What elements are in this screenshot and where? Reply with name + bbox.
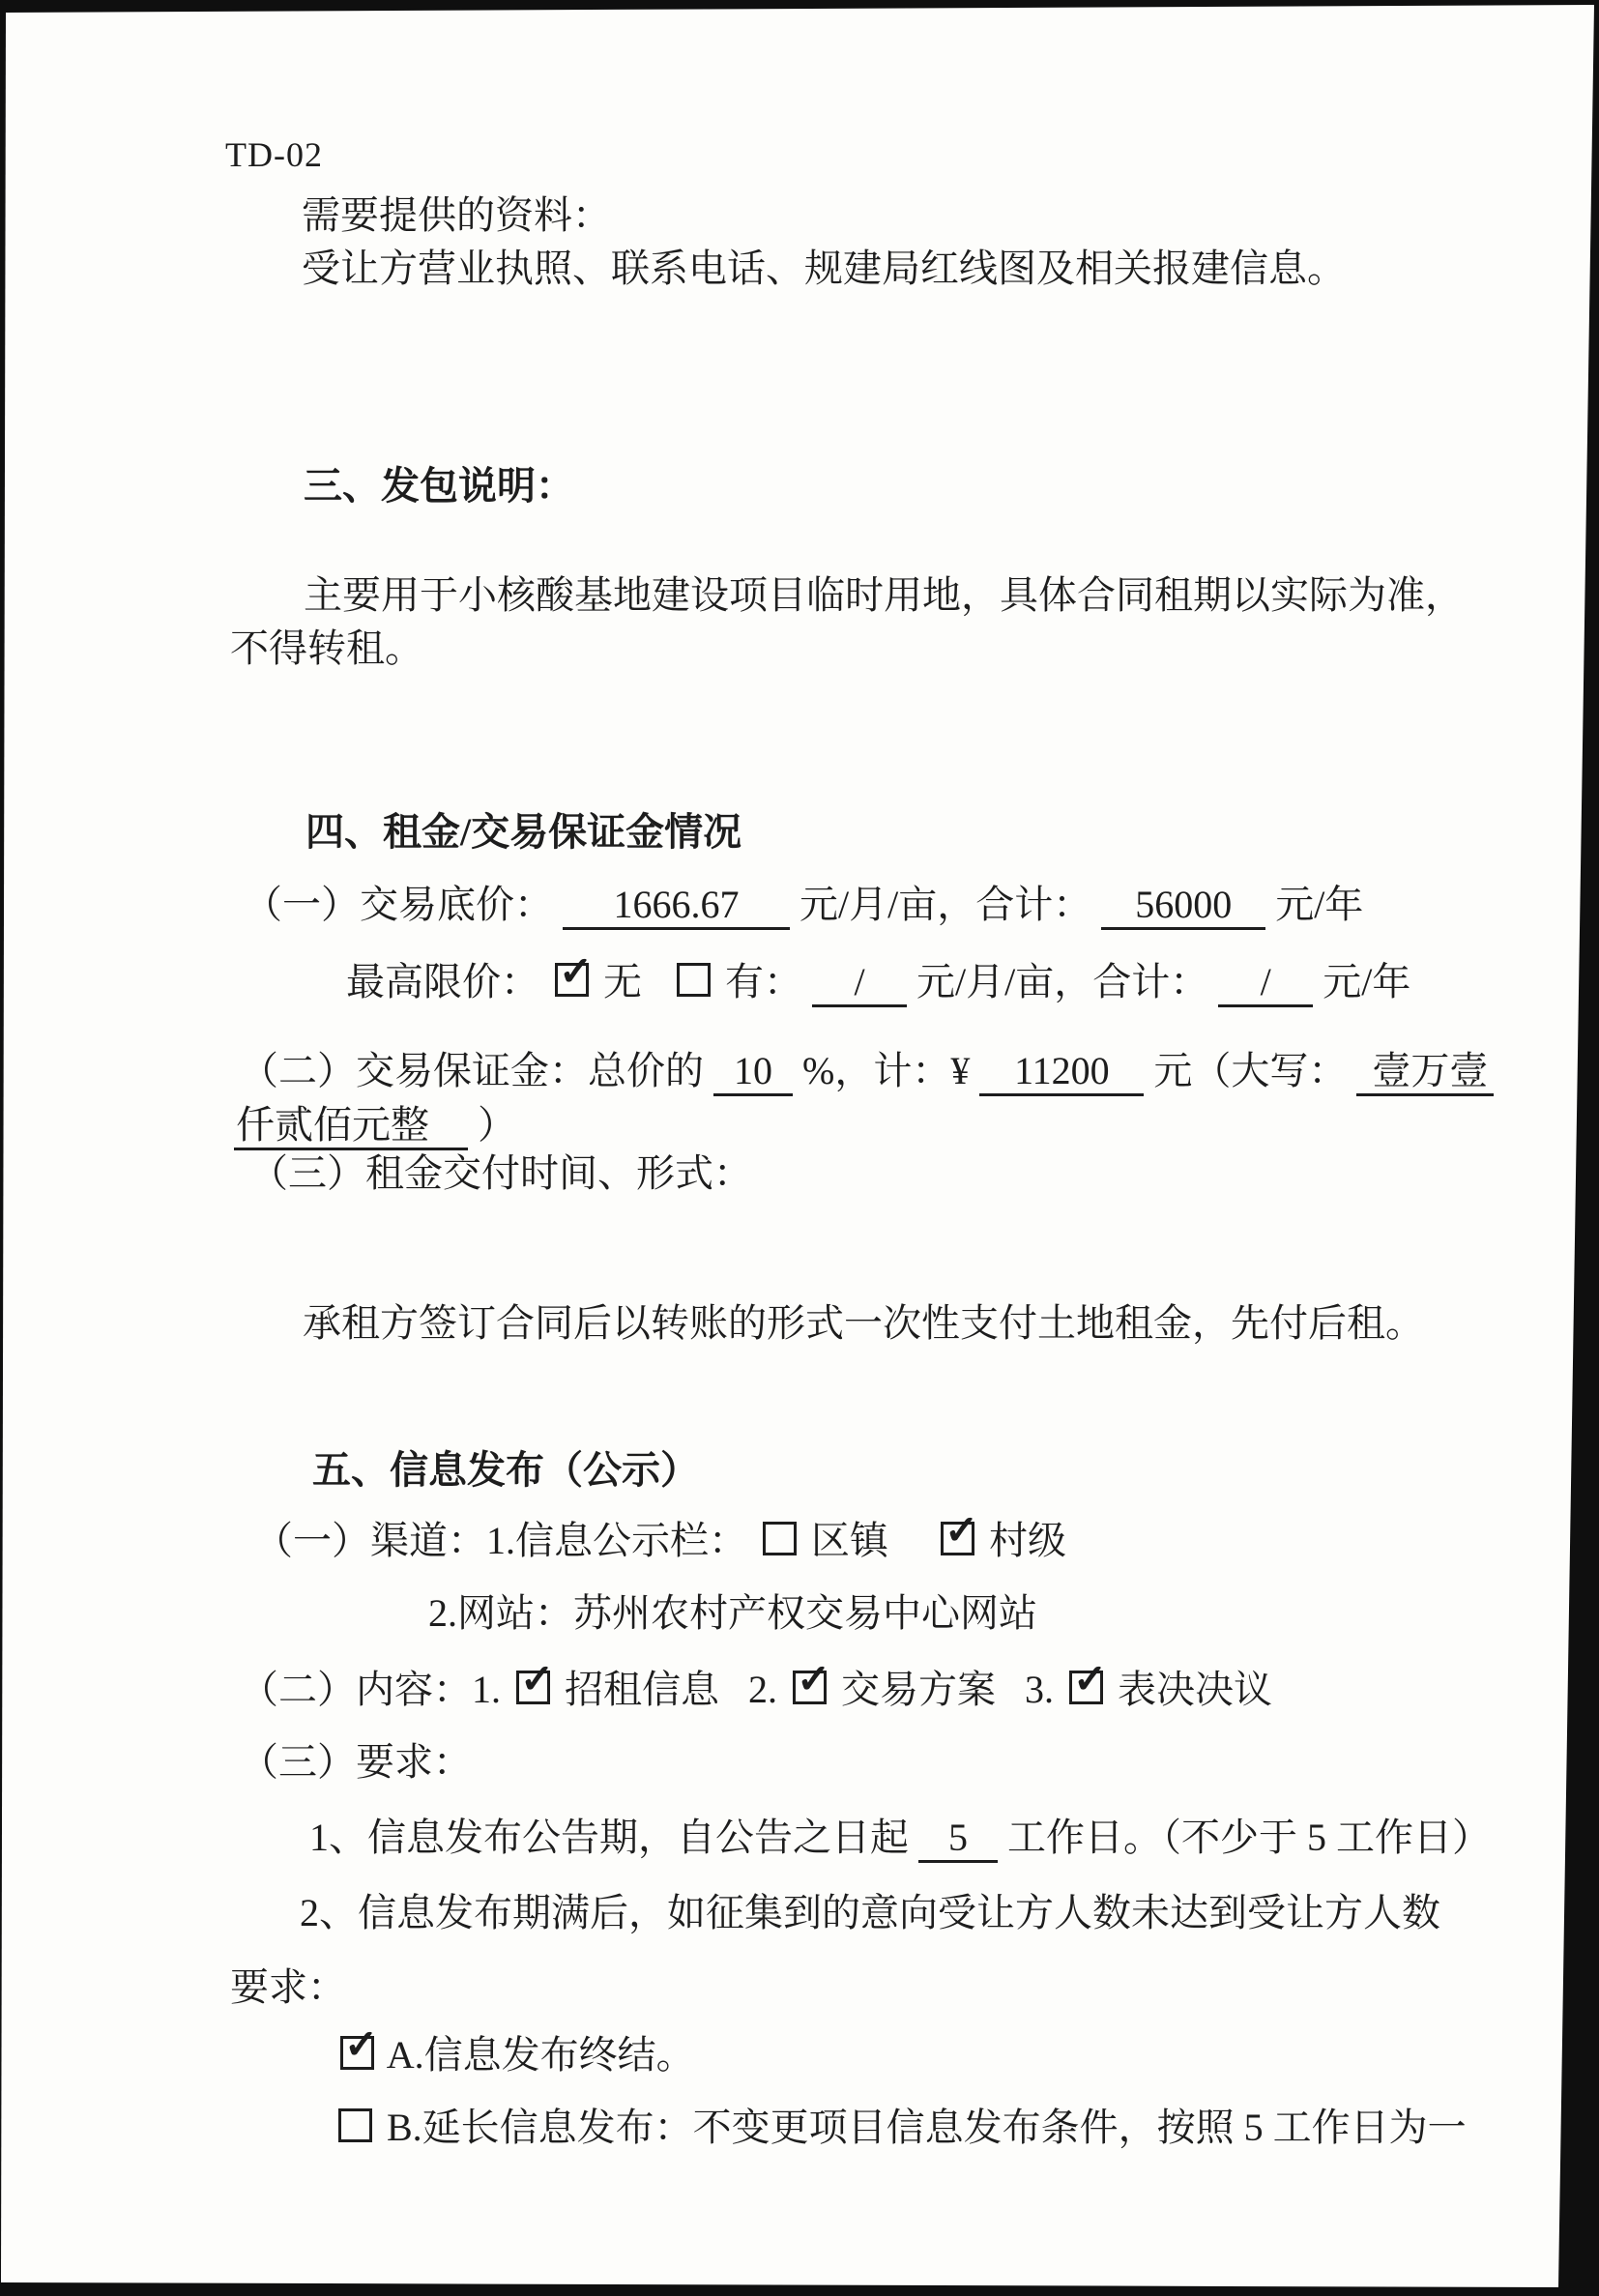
content-rent-info-label: 招租信息 — [565, 1668, 719, 1711]
channel-village-checkbox: ✓ — [941, 1522, 974, 1555]
deposit-mid2: 元（大写： — [1153, 1049, 1347, 1092]
deposit-amount-value: 11200 — [979, 1049, 1144, 1096]
option-a-checkbox: ✓ — [340, 2036, 374, 2070]
cap-monthly-blank: / — [812, 960, 907, 1007]
publicity-days-value: 5 — [918, 1816, 998, 1863]
check-icon: ✓ — [797, 1660, 830, 1700]
option-a-label: A.信息发布终结。 — [387, 2033, 695, 2077]
option-b-line: B.延长信息发布：不变更项目信息发布条件，按照 5 工作日为一 — [338, 2106, 1467, 2150]
content-trade-plan-checkbox: ✓ — [793, 1671, 827, 1704]
option-b-label: B.延长信息发布：不变更项目信息发布条件，按照 5 工作日为一 — [387, 2106, 1467, 2149]
section3-heading: 三、发包说明： — [304, 464, 574, 509]
channel-district-checkbox — [763, 1522, 797, 1555]
base-price-unit-month: 元/月/亩，合计： — [799, 883, 1091, 926]
form-code: TD-02 — [225, 135, 323, 175]
check-icon: ✓ — [559, 952, 593, 993]
check-icon: ✓ — [1073, 1660, 1107, 1700]
section5-heading: 五、信息发布（公示） — [312, 1448, 699, 1493]
content-num2: 2. — [748, 1668, 777, 1711]
requirement2-line2: 要求： — [230, 1965, 346, 2010]
option-b-checkbox — [338, 2108, 372, 2142]
req1-post: 工作日。（不少于 5 工作日） — [1007, 1816, 1491, 1859]
scanned-document: TD-02 需要提供的资料： 受让方营业执照、联系电话、规建局红线图及相关报建信… — [0, 0, 1599, 2296]
content-trade-plan-label: 交易方案 — [841, 1668, 996, 1711]
content-label: （二）内容：1. — [240, 1668, 501, 1711]
section3-body-line1: 主要用于小核酸基地建设项目临时用地，具体合同租期以实际为准， — [304, 573, 1464, 618]
check-icon: ✓ — [520, 1660, 554, 1700]
content-vote-resolution-label: 表决决议 — [1118, 1668, 1272, 1711]
price-cap-line: 最高限价： ✓ 无 有： / 元/月/亩，合计： / 元/年 — [346, 960, 1410, 1007]
deposit-close-paren: ） — [478, 1103, 516, 1147]
channel-label: （一）渠道：1.信息公示栏： — [254, 1519, 747, 1562]
materials-list: 受让方营业执照、联系电话、规建局红线图及相关报建信息。 — [302, 247, 1346, 291]
channel-website-line: 2.网站：苏州农村产权交易中心网站 — [428, 1591, 1037, 1636]
base-price-label: （一）交易底价： — [244, 883, 553, 926]
channel-district-label: 区镇 — [811, 1519, 888, 1562]
req1-pre: 1、信息发布公告期，自公告之日起 — [309, 1816, 909, 1859]
base-price-value: 1666.67 — [563, 883, 790, 930]
deposit-percent-value: 10 — [713, 1049, 793, 1096]
option-a-line: ✓ A.信息发布终结。 — [340, 2033, 695, 2078]
check-icon: ✓ — [344, 2025, 378, 2066]
cap-none-checkbox: ✓ — [555, 963, 589, 997]
base-price-line: （一）交易底价： 1666.67 元/月/亩，合计： 56000 元/年 — [244, 883, 1363, 930]
cap-unit-year: 元/年 — [1323, 960, 1410, 1003]
deposit-mid1: %，计：¥ — [802, 1049, 970, 1092]
content-vote-resolution-checkbox: ✓ — [1069, 1671, 1103, 1704]
base-price-unit-year: 元/年 — [1275, 883, 1363, 926]
cap-has-label: 有： — [725, 960, 802, 1003]
deposit-line: （二）交易保证金：总价的 10 %，计：¥ 11200 元（大写： 壹万壹 — [240, 1049, 1494, 1096]
deposit-words-wrap-line: 仟贰佰元整 ） — [234, 1103, 516, 1150]
annual-total-value: 56000 — [1101, 883, 1265, 930]
section3-body-line2: 不得转租。 — [230, 626, 423, 671]
cap-has-checkbox — [677, 963, 711, 997]
content-rent-info-checkbox: ✓ — [516, 1671, 550, 1704]
cap-annual-blank: / — [1218, 960, 1313, 1007]
cap-unit-month: 元/月/亩，合计： — [916, 960, 1208, 1003]
channel-line: （一）渠道：1.信息公示栏： 区镇 ✓ 村级 — [254, 1519, 1066, 1563]
cap-none-label: 无 — [603, 960, 642, 1003]
materials-label: 需要提供的资料： — [302, 193, 611, 238]
deposit-label: （二）交易保证金：总价的 — [240, 1049, 704, 1092]
channel-village-label: 村级 — [989, 1519, 1066, 1562]
payment-terms-paragraph: 承租方签订合同后以转账的形式一次性支付土地租金，先付后租。 — [303, 1301, 1424, 1346]
requirements-label: （三）要求： — [240, 1740, 472, 1785]
section4-heading: 四、租金/交易保证金情况 — [305, 810, 741, 855]
content-num3: 3. — [1025, 1668, 1054, 1711]
price-cap-label: 最高限价： — [346, 960, 539, 1003]
deposit-amount-words-part1: 壹万壹 — [1356, 1049, 1494, 1096]
rent-payment-item-label: （三）租金交付时间、形式： — [249, 1151, 752, 1196]
check-icon: ✓ — [945, 1511, 978, 1552]
deposit-amount-words-part2: 仟贰佰元整 — [234, 1103, 468, 1150]
content-line: （二）内容：1. ✓ 招租信息 2. ✓ 交易方案 3. ✓ 表决决议 — [240, 1668, 1272, 1712]
requirement1-line: 1、信息发布公告期，自公告之日起 5 工作日。（不少于 5 工作日） — [309, 1816, 1491, 1863]
requirement2-line1: 2、信息发布期满后，如征集到的意向受让方人数未达到受让方人数 — [300, 1891, 1440, 1935]
